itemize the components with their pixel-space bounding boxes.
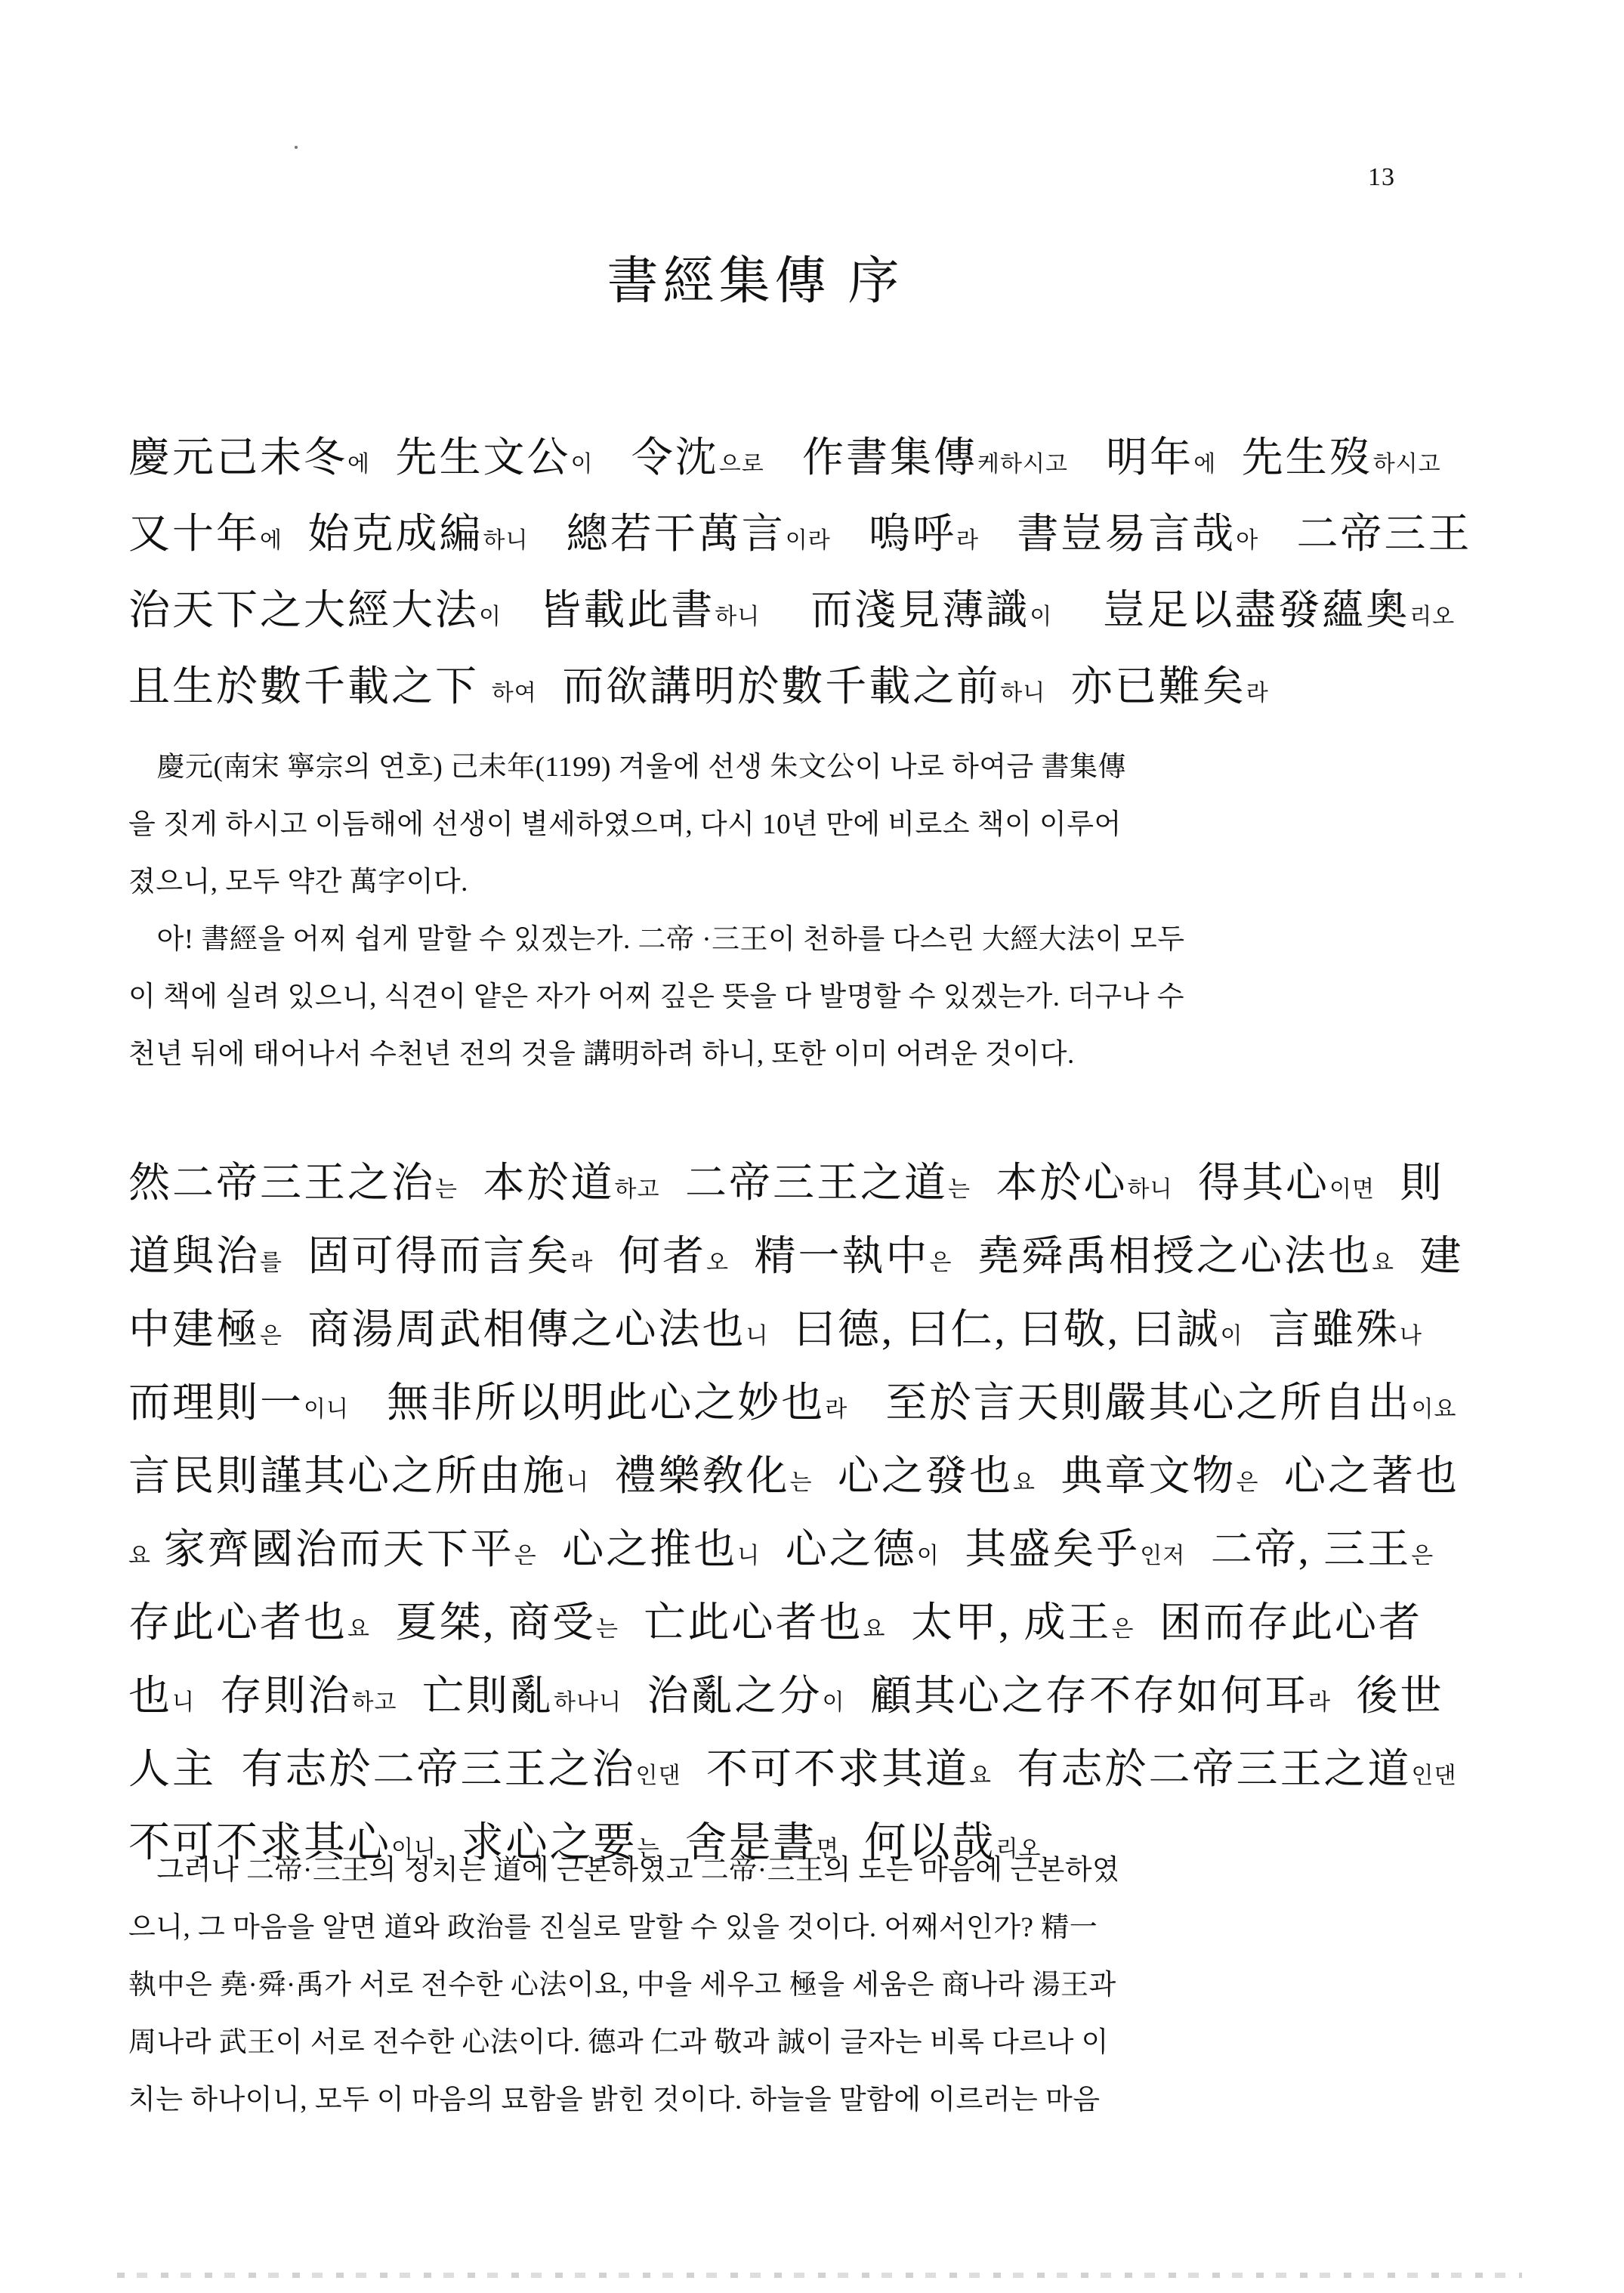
gugyeol-annotation: 인저 bbox=[1140, 1544, 1185, 1568]
main-text: 後世 bbox=[1331, 1673, 1444, 1719]
main-text: 始克成編 bbox=[283, 511, 483, 557]
text-line: 아! 書經을 어찌 쉽게 말할 수 있겠는가. 二帝 ·三王이 천하를 다스린 … bbox=[128, 911, 1511, 969]
gugyeol-annotation: 니 bbox=[737, 1544, 760, 1568]
main-text: 無非所以明此心之妙也 bbox=[349, 1380, 825, 1426]
main-text: 周나라 武王이 서로 전수한 心法이다. 德과 仁과 敬과 誠이 글자는 비록 … bbox=[128, 2027, 1109, 2058]
main-text: 總若干萬言 bbox=[528, 511, 785, 557]
main-text: 夏桀, 商受 bbox=[370, 1599, 596, 1646]
main-text: 道與治 bbox=[128, 1233, 260, 1279]
text-line: 周나라 武王이 서로 전수한 心法이다. 德과 仁과 敬과 誠이 글자는 비록 … bbox=[128, 2014, 1511, 2072]
gugyeol-annotation: 하니 bbox=[483, 528, 529, 553]
main-text: 困而存此心者 bbox=[1135, 1599, 1423, 1646]
text-line: 治天下之大經大法이 皆載此書하니 而淺見薄識이 豈足以盡發蘊奧리오 bbox=[128, 576, 1511, 652]
main-text: 心之著也 bbox=[1259, 1453, 1460, 1499]
gugyeol-annotation: 하니 bbox=[715, 604, 760, 629]
gugyeol-annotation: 은 bbox=[1411, 1544, 1434, 1568]
main-text: 何者 bbox=[594, 1233, 707, 1279]
gugyeol-annotation: 라 bbox=[825, 1397, 848, 1422]
main-text: 二帝, 三王 bbox=[1185, 1526, 1411, 1572]
main-text: 固可得而言矣 bbox=[283, 1233, 571, 1279]
main-text: 也 bbox=[128, 1673, 172, 1719]
main-text: 慶元己未冬 bbox=[128, 434, 347, 481]
main-text: 言雖殊 bbox=[1243, 1306, 1400, 1352]
main-text: 言民則謹其心之所由施 bbox=[128, 1453, 567, 1499]
gugyeol-annotation: 으로 bbox=[719, 452, 764, 477]
main-text: 家齊國治而天下平 bbox=[151, 1526, 514, 1572]
main-text: 明年 bbox=[1068, 434, 1193, 481]
gugyeol-annotation: 를 bbox=[260, 1250, 283, 1275]
main-text: 存此心者也 bbox=[128, 1599, 347, 1646]
main-text: 作書集傳 bbox=[764, 434, 977, 481]
text-line: 又十年에 始克成編하니 總若干萬言이라 嗚呼라 書豈易言哉아 二帝三王 bbox=[128, 499, 1511, 576]
gugyeol-annotation: 하니 bbox=[1000, 681, 1045, 706]
korean-translation-paragraph-2: 그러나 二帝·三王의 정치는 道에 근본하였고 二帝·三王의 도는 마음에 근본… bbox=[128, 1842, 1511, 2129]
gugyeol-annotation: 하나니 bbox=[554, 1690, 622, 1715]
text-line: 으니, 그 마음을 알면 道와 政治를 진실로 말할 수 있을 것이다. 어째서… bbox=[128, 1899, 1511, 1957]
main-text: 不可不求其道 bbox=[681, 1746, 969, 1792]
gugyeol-annotation: 오 bbox=[706, 1250, 729, 1275]
main-text: 先生文公 bbox=[370, 434, 571, 481]
main-text: 二帝三王 bbox=[1258, 511, 1471, 557]
main-text: 二帝三王之道 bbox=[659, 1160, 948, 1206]
main-text: 治天下之大經大法 bbox=[128, 587, 479, 633]
gugyeol-annotation: 니 bbox=[567, 1470, 589, 1495]
main-text: 太甲, 成王 bbox=[886, 1599, 1112, 1646]
main-text: 치는 하나이니, 모두 이 마음의 묘함을 밝힌 것이다. 하늘을 말함에 이르… bbox=[128, 2084, 1101, 2115]
gugyeol-annotation: 이 bbox=[822, 1690, 844, 1715]
gugyeol-annotation: 라 bbox=[1246, 681, 1269, 706]
main-text: 으니, 그 마음을 알면 道와 政治를 진실로 말할 수 있을 것이다. 어째서… bbox=[128, 1912, 1098, 1943]
gugyeol-annotation: 케하시고 bbox=[977, 452, 1068, 477]
gugyeol-annotation: 이 bbox=[1221, 1324, 1243, 1349]
gugyeol-annotation: 는 bbox=[596, 1617, 619, 1642]
text-line: 人主 有志於二帝三王之治인댄 不可不求其道요 有志於二帝三王之道인댄 bbox=[128, 1736, 1511, 1809]
main-text: 亡此心者也 bbox=[619, 1599, 863, 1646]
main-text: 아! 書經을 어찌 쉽게 말할 수 있겠는가. 二帝 ·三王이 천하를 다스린 … bbox=[128, 924, 1184, 955]
main-text: 先生歿 bbox=[1216, 434, 1373, 481]
gugyeol-annotation: 이니 bbox=[304, 1397, 349, 1422]
gugyeol-annotation: 인댄 bbox=[1412, 1763, 1457, 1788]
gugyeol-annotation: 이 bbox=[571, 452, 594, 477]
main-text: 心之發也 bbox=[813, 1453, 1014, 1499]
gugyeol-annotation: 이면 bbox=[1329, 1177, 1375, 1202]
text-line: 慶元己未冬에 先生文公이 令沈으로 作書集傳케하시고 明年에 先生歿하시고 bbox=[128, 423, 1511, 499]
text-line: 천년 뒤에 태어나서 수천년 전의 것을 講明하려 하니, 또한 이미 어려운 … bbox=[128, 1026, 1511, 1083]
main-text: 建 bbox=[1394, 1233, 1464, 1279]
gugyeol-annotation: 리오 bbox=[1409, 604, 1455, 629]
gugyeol-annotation: 라 bbox=[571, 1250, 594, 1275]
text-line: 執中은 堯·舜·禹가 서로 전수한 心法이요, 中을 세우고 極을 세움은 商나… bbox=[128, 1957, 1511, 2014]
gugyeol-annotation: 는 bbox=[435, 1177, 458, 1202]
main-text: 商湯周武相傳之心法也 bbox=[283, 1306, 746, 1352]
scan-speck bbox=[295, 146, 298, 149]
hanmun-paragraph-2: 然二帝三王之治는 本於道하고 二帝三王之道는 本於心하니 得其心이면 則道與治를… bbox=[128, 1150, 1511, 1883]
gugyeol-annotation: 는 bbox=[790, 1470, 813, 1495]
gugyeol-annotation: 요 bbox=[863, 1617, 886, 1642]
gugyeol-annotation: 에 bbox=[347, 452, 370, 477]
text-line: 也니 存則治하고 亡則亂하나니 治亂之分이 顧其心之存不存如何耳라 後世 bbox=[128, 1663, 1511, 1736]
main-text: 그러나 二帝·三王의 정치는 道에 근본하였고 二帝·三王의 도는 마음에 근본… bbox=[128, 1855, 1119, 1886]
gugyeol-annotation: 요 bbox=[969, 1763, 992, 1788]
text-line: 存此心者也요 夏桀, 商受는 亡此心者也요 太甲, 成王은 困而存此心者 bbox=[128, 1590, 1511, 1663]
gugyeol-annotation: 라 bbox=[1308, 1690, 1331, 1715]
main-text: 典章文物 bbox=[1036, 1453, 1237, 1499]
text-line: 言民則謹其心之所由施니 禮樂敎化는 心之發也요 典章文物은 心之著也 bbox=[128, 1443, 1511, 1516]
korean-translation-paragraph-1: 慶元(南宋 寧宗의 연호) 己未年(1199) 겨울에 선생 朱文公이 나로 하… bbox=[128, 739, 1511, 1083]
main-text: 曰德, 曰仁, 曰敬, 曰誠 bbox=[769, 1306, 1221, 1352]
main-text: 書豈易言哉 bbox=[979, 511, 1236, 557]
gugyeol-annotation: 은 bbox=[1112, 1617, 1135, 1642]
main-text: 堯舜禹相授之心法也 bbox=[952, 1233, 1372, 1279]
gugyeol-annotation: 하고 bbox=[615, 1177, 660, 1202]
gugyeol-annotation: 은 bbox=[260, 1324, 283, 1349]
main-text: 然二帝三王之治 bbox=[128, 1160, 435, 1206]
main-text: 皆載此書 bbox=[502, 587, 715, 633]
main-text: 心之推也 bbox=[537, 1526, 738, 1572]
scan-artifact-line bbox=[117, 2273, 1522, 2278]
text-line: 그러나 二帝·三王의 정치는 道에 근본하였고 二帝·三王의 도는 마음에 근본… bbox=[128, 1842, 1511, 1899]
main-text: 中建極 bbox=[128, 1306, 260, 1352]
text-line: 을 짓게 하시고 이듬해에 선생이 별세하였으며, 다시 10년 만에 비로소 … bbox=[128, 796, 1511, 854]
text-line: 中建極은 商湯周武相傳之心法也니 曰德, 曰仁, 曰敬, 曰誠이 言雖殊나 bbox=[128, 1296, 1511, 1370]
main-text: 而理則一 bbox=[128, 1380, 304, 1426]
gugyeol-annotation: 요 bbox=[347, 1617, 370, 1642]
main-text: 其盛矣乎 bbox=[940, 1526, 1141, 1572]
main-text: 而欲講明於數千載之前 bbox=[537, 663, 1001, 709]
main-text: 이 책에 실려 있으니, 식견이 얕은 자가 어찌 깊은 뜻을 다 발명할 수 … bbox=[128, 981, 1184, 1012]
text-line: 慶元(南宋 寧宗의 연호) 己未年(1199) 겨울에 선생 朱文公이 나로 하… bbox=[128, 739, 1511, 796]
text-line: 치는 하나이니, 모두 이 마음의 묘함을 밝힌 것이다. 하늘을 말함에 이르… bbox=[128, 2072, 1511, 2129]
hanmun-paragraph-1: 慶元己未冬에 先生文公이 令沈으로 作書集傳케하시고 明年에 先生歿하시고又十年… bbox=[128, 423, 1511, 728]
main-text: 治亂之分 bbox=[622, 1673, 823, 1719]
main-text: 亦已難矣 bbox=[1045, 663, 1246, 709]
main-text: 則 bbox=[1375, 1160, 1444, 1206]
gugyeol-annotation: 이 bbox=[479, 604, 502, 629]
gugyeol-annotation: 요 bbox=[1013, 1470, 1036, 1495]
gugyeol-annotation: 이라 bbox=[786, 528, 831, 553]
gugyeol-annotation: 하시고 bbox=[1373, 452, 1441, 477]
gugyeol-annotation: 은 bbox=[514, 1544, 537, 1568]
main-text: 執中은 堯·舜·禹가 서로 전수한 心法이요, 中을 세우고 極을 세움은 商나… bbox=[128, 1970, 1116, 2001]
gugyeol-annotation: 니 bbox=[172, 1690, 195, 1715]
main-text: 本於心 bbox=[971, 1160, 1128, 1206]
page-number: 13 bbox=[1368, 163, 1395, 192]
main-text: 而淺見薄識 bbox=[760, 587, 1030, 633]
gugyeol-annotation: 하여 bbox=[492, 681, 537, 706]
main-text: 嗚呼 bbox=[831, 511, 956, 557]
page-title: 書經集傳 序 bbox=[0, 240, 1511, 314]
main-text: 천년 뒤에 태어나서 수천년 전의 것을 講明하려 하니, 또한 이미 어려운 … bbox=[128, 1039, 1075, 1070]
gugyeol-annotation: 는 bbox=[948, 1177, 971, 1202]
main-text: 精一執中 bbox=[729, 1233, 930, 1279]
gugyeol-annotation: 아 bbox=[1236, 528, 1258, 553]
gugyeol-annotation: 요 bbox=[128, 1544, 151, 1568]
main-text: 亡則亂 bbox=[397, 1673, 554, 1719]
text-line: 요 家齊國治而天下平은 心之推也니 心之德이 其盛矣乎인저 二帝, 三王은 bbox=[128, 1516, 1511, 1590]
main-text: 慶元(南宋 寧宗의 연호) 己未年(1199) 겨울에 선생 朱文公이 나로 하… bbox=[128, 752, 1126, 783]
document-page: 13 書經集傳 序 慶元己未冬에 先生文公이 令沈으로 作書集傳케하시고 明年에… bbox=[0, 0, 1624, 2293]
main-text: 졌으니, 모두 약간 萬字이다. bbox=[128, 867, 468, 898]
gugyeol-annotation: 라 bbox=[956, 528, 979, 553]
text-line: 이 책에 실려 있으니, 식견이 얕은 자가 어찌 깊은 뜻을 다 발명할 수 … bbox=[128, 969, 1511, 1026]
text-line: 而理則一이니 無非所以明此心之妙也라 至於言天則嚴其心之所自出이요 bbox=[128, 1370, 1511, 1443]
text-line: 道與治를 固可得而言矣라 何者오 精一執中은 堯舜禹相授之心法也요 建 bbox=[128, 1223, 1511, 1296]
main-text: 令沈 bbox=[594, 434, 719, 481]
gugyeol-annotation: 이 bbox=[1030, 604, 1052, 629]
gugyeol-annotation: 나 bbox=[1400, 1324, 1422, 1349]
gugyeol-annotation: 요 bbox=[1372, 1250, 1394, 1275]
main-text: 有志於二帝三王之道 bbox=[992, 1746, 1412, 1792]
gugyeol-annotation: 인댄 bbox=[636, 1763, 681, 1788]
main-text: 至於言天則嚴其心之所自出 bbox=[848, 1380, 1411, 1426]
main-text: 本於道 bbox=[458, 1160, 615, 1206]
main-text: 又十年 bbox=[128, 511, 260, 557]
main-text: 人主 有志於二帝三王之治 bbox=[128, 1746, 636, 1792]
main-text: 顧其心之存不存如何耳 bbox=[844, 1673, 1308, 1719]
gugyeol-annotation: 하고 bbox=[352, 1690, 397, 1715]
main-text: 心之德 bbox=[760, 1526, 917, 1572]
main-text: 存則治 bbox=[195, 1673, 352, 1719]
text-line: 졌으니, 모두 약간 萬字이다. bbox=[128, 854, 1511, 911]
main-text: 을 짓게 하시고 이듬해에 선생이 별세하였으며, 다시 10년 만에 비로소 … bbox=[128, 809, 1122, 840]
gugyeol-annotation: 에 bbox=[260, 528, 283, 553]
text-line: 然二帝三王之治는 本於道하고 二帝三王之道는 本於心하니 得其心이면 則 bbox=[128, 1150, 1511, 1223]
gugyeol-annotation: 이요 bbox=[1412, 1397, 1457, 1422]
gugyeol-annotation: 은 bbox=[1237, 1470, 1259, 1495]
main-text: 禮樂敎化 bbox=[589, 1453, 790, 1499]
main-text: 且生於數千載之下 bbox=[128, 663, 492, 709]
main-text: 得其心 bbox=[1172, 1160, 1329, 1206]
text-line: 且生於數千載之下 하여 而欲講明於數千載之前하니 亦已難矣라 bbox=[128, 652, 1511, 728]
gugyeol-annotation: 니 bbox=[746, 1324, 769, 1349]
gugyeol-annotation: 이 bbox=[917, 1544, 940, 1568]
gugyeol-annotation: 은 bbox=[930, 1250, 952, 1275]
gugyeol-annotation: 하니 bbox=[1128, 1177, 1173, 1202]
main-text: 豈足以盡發蘊奧 bbox=[1052, 587, 1409, 633]
gugyeol-annotation: 에 bbox=[1193, 452, 1216, 477]
